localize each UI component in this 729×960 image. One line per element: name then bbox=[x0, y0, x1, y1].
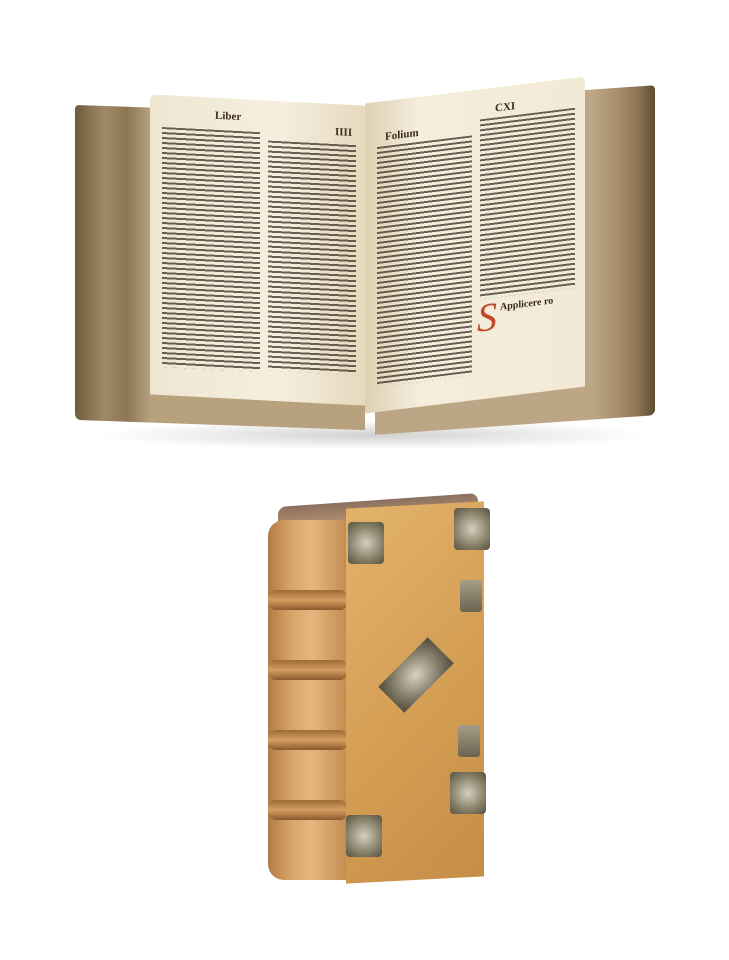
running-header-liber: Liber bbox=[215, 110, 241, 123]
clasp-icon bbox=[460, 580, 482, 612]
left-page-column-2 bbox=[268, 141, 356, 376]
corner-boss-icon bbox=[454, 508, 490, 550]
spine-band bbox=[268, 590, 348, 610]
right-page-column-1 bbox=[377, 135, 472, 387]
corner-boss-icon bbox=[450, 772, 486, 814]
spine-band bbox=[268, 660, 348, 680]
right-page-column-2 bbox=[480, 108, 575, 300]
running-header-folio-number: CXI bbox=[495, 100, 515, 114]
clasp-icon bbox=[458, 725, 480, 757]
running-header-book-number: IIII bbox=[335, 126, 352, 139]
spine-band bbox=[268, 800, 348, 820]
left-page-column-1 bbox=[162, 127, 260, 372]
rubricated-initial: S bbox=[477, 292, 497, 341]
closed-book-photo bbox=[268, 500, 488, 885]
corner-boss-icon bbox=[346, 815, 382, 857]
left-page: Liber IIII bbox=[150, 94, 365, 405]
book-spine bbox=[268, 520, 348, 880]
rubric-text: Applicere ro bbox=[500, 295, 553, 313]
open-book-photo: Liber IIII Folium CXI S Applicere ro bbox=[75, 80, 655, 450]
right-page: Folium CXI S Applicere ro bbox=[365, 76, 585, 413]
spine-band bbox=[268, 730, 348, 750]
running-header-folium: Folium bbox=[385, 127, 419, 143]
corner-boss-icon bbox=[348, 522, 384, 564]
